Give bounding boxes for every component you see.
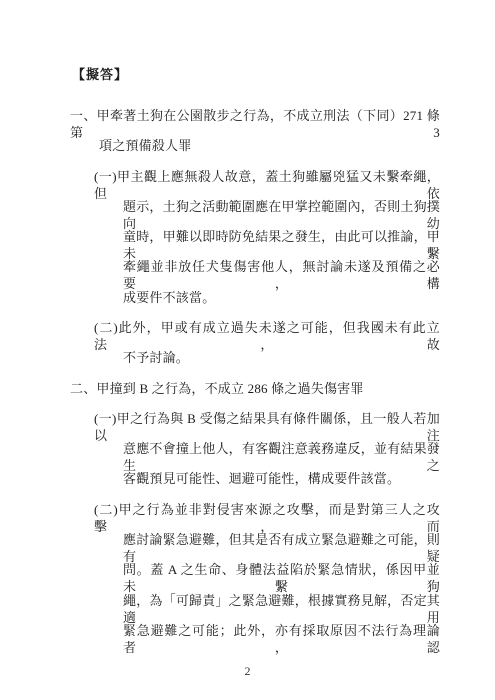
document-page: 【擬答】 一、甲牽著土狗在公園散步之行為，不成立刑法（下同）271 條第 3 項… [0, 0, 495, 700]
point1-sub2-line2: 不予討論。 [123, 349, 440, 366]
point2-sub1-line2: 意應不會撞上他人，有客觀注意義務違反，並有結果發生之 [123, 440, 440, 474]
point2-sub2-line1: (二)甲之行為並非對侵害來源之攻擊，而是對第三人之攻擊，而 [94, 501, 440, 535]
point2-sub2-line3: 問。蓋 A 之生命、身體法益陷於緊急情狀，係因甲並未繫狗 [123, 561, 440, 595]
answer-section-header: 【擬答】 [72, 66, 128, 83]
point1-sub1-line1: (一)甲主觀上應無殺人故意，蓋土狗雖屬兇猛又未繫牽繩，但依 [94, 168, 440, 202]
point2-sub2-line4: 繩，為「可歸責」之緊急避難，根據實務見解，否定其適用 [123, 592, 440, 626]
point2-sub1-line3: 客觀預見可能性、迴避可能性，構成要件該當。 [123, 470, 440, 487]
point2-sub2-line2: 應討論緊急避難，但其是否有成立緊急避難之可能，則有疑 [123, 531, 440, 565]
point1-heading-line2: 項之預備殺人罪 [99, 137, 191, 154]
point1-sub2-line1: (二)此外，甲或有成立過失未遂之可能，但我國未有此立法，故 [94, 319, 440, 353]
point1-sub1-line4: 牽繩並非放任犬隻傷害他人，無討論未遂及預備之必要，構 [123, 258, 440, 292]
point1-heading-line1: 一、甲牽著土狗在公園散步之行為，不成立刑法（下同）271 條第 3 [70, 107, 440, 141]
point1-sub1-line2: 題示，土狗之活動範圍應在甲掌控範圍內，否則土狗撲向幼 [123, 198, 440, 232]
point1-sub1-line3: 童時，甲難以即時防免結果之發生，由此可以推論，甲未繫 [123, 228, 440, 262]
point2-heading-line1: 二、甲撞到 B 之行為，不成立 286 條之過失傷害罪 [70, 380, 440, 397]
point2-sub1-line1: (一)甲之行為與 B 受傷之結果具有條件關係，且一般人若加以注 [94, 410, 440, 444]
point2-sub2-line5: 緊急避難之可能；此外，亦有採取原因不法行為理論者，認 [123, 622, 440, 656]
point1-sub1-line5: 成要件不該當。 [123, 289, 440, 306]
page-number: 2 [0, 664, 495, 679]
